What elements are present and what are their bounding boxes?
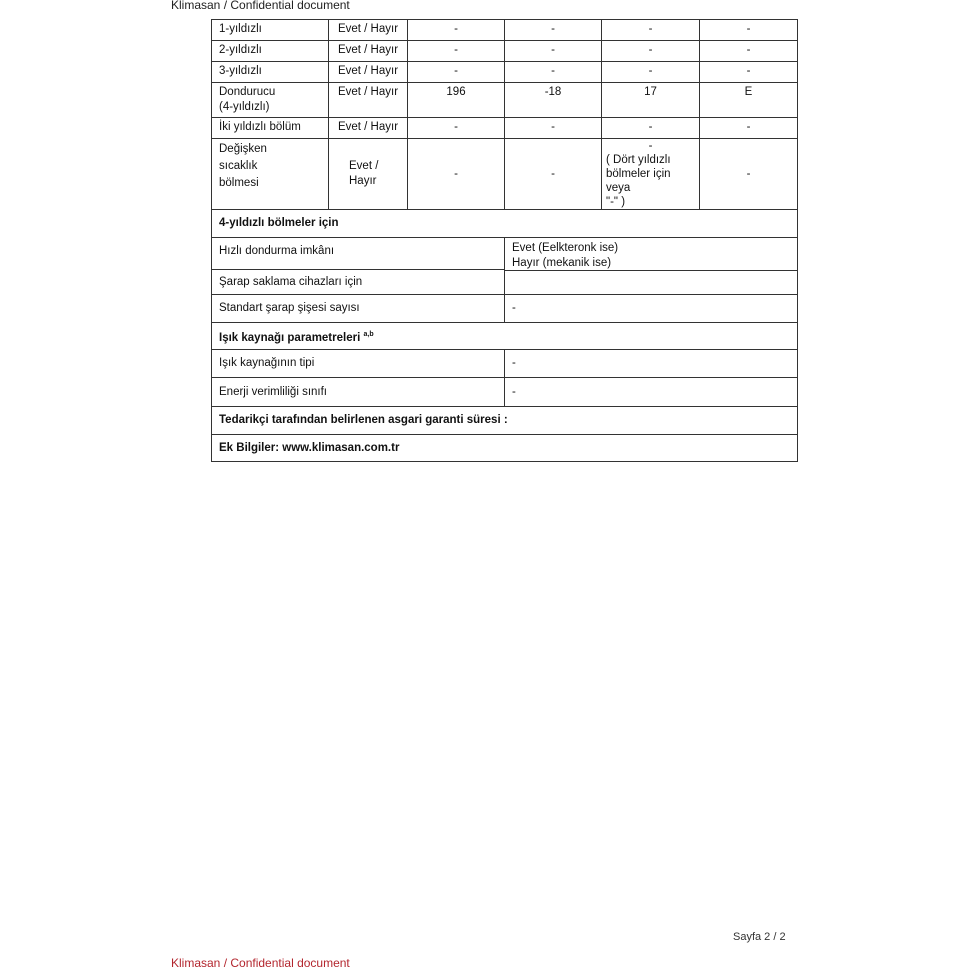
bottles-value: -: [505, 295, 798, 323]
section-heading-row: 4-yıldızlı bölmeler için: [212, 210, 798, 238]
table-row: Değişken sıcaklık bölmesi Evet / Hayır -…: [212, 139, 798, 210]
table-row: Hızlı dondurma imkânı Şarap saklama ciha…: [212, 238, 798, 295]
compartment-name: Değişken sıcaklık bölmesi: [212, 139, 329, 210]
compartment-name: 1-yıldızlı: [212, 20, 329, 41]
table-row: Standart şarap şişesi sayısı -: [212, 295, 798, 323]
light-type-label: Işık kaynağının tipi: [212, 350, 505, 378]
specs-table: 1-yıldızlı Evet / Hayır - - - - 2-yıldız…: [211, 19, 798, 462]
wine-heading: Şarap saklama cihazları için: [212, 270, 504, 294]
page-number: Sayfa 2 / 2: [733, 931, 786, 943]
table-row: Işık kaynağının tipi -: [212, 350, 798, 378]
light-heading: Işık kaynağı parametreleri a,b: [212, 323, 798, 350]
compartment-name: İki yıldızlı bölüm: [212, 118, 329, 139]
compartment-name: 3-yıldızlı: [212, 62, 329, 83]
energy-class-value: -: [505, 378, 798, 407]
table-row: 2-yıldızlı Evet / Hayır - - - -: [212, 41, 798, 62]
section-heading-row: Işık kaynağı parametreleri a,b: [212, 323, 798, 350]
table-row: Dondurucu (4-yıldızlı) Evet / Hayır 196 …: [212, 83, 798, 118]
compartment-name: Dondurucu (4-yıldızlı): [212, 83, 329, 118]
table-row: 3-yıldızlı Evet / Hayır - - - -: [212, 62, 798, 83]
extra-info: Ek Bilgiler: www.klimasan.com.tr: [212, 435, 798, 462]
compartment-name: 2-yıldızlı: [212, 41, 329, 62]
table-row: Ek Bilgiler: www.klimasan.com.tr: [212, 435, 798, 462]
bottles-label: Standart şarap şişesi sayısı: [212, 295, 505, 323]
fast-freeze-value: Evet (Eelkteronk ise) Hayır (mekanik ise…: [505, 238, 797, 271]
document-header: Klimasan / Confidential document: [171, 0, 350, 12]
document-footer: Klimasan / Confidential document: [171, 956, 350, 969]
table-row: Enerji verimliliği sınıfı -: [212, 378, 798, 407]
energy-class-label: Enerji verimliliği sınıfı: [212, 378, 505, 407]
table-row: İki yıldızlı bölüm Evet / Hayır - - - -: [212, 118, 798, 139]
light-type-value: -: [505, 350, 798, 378]
table-row: 1-yıldızlı Evet / Hayır - - - -: [212, 20, 798, 41]
warranty-label: Tedarikçi tarafından belirlenen asgari g…: [212, 407, 798, 435]
four-star-heading: 4-yıldızlı bölmeler için: [212, 210, 798, 238]
fast-freeze-label: Hızlı dondurma imkânı: [212, 238, 504, 270]
table-row: Tedarikçi tarafından belirlenen asgari g…: [212, 407, 798, 435]
